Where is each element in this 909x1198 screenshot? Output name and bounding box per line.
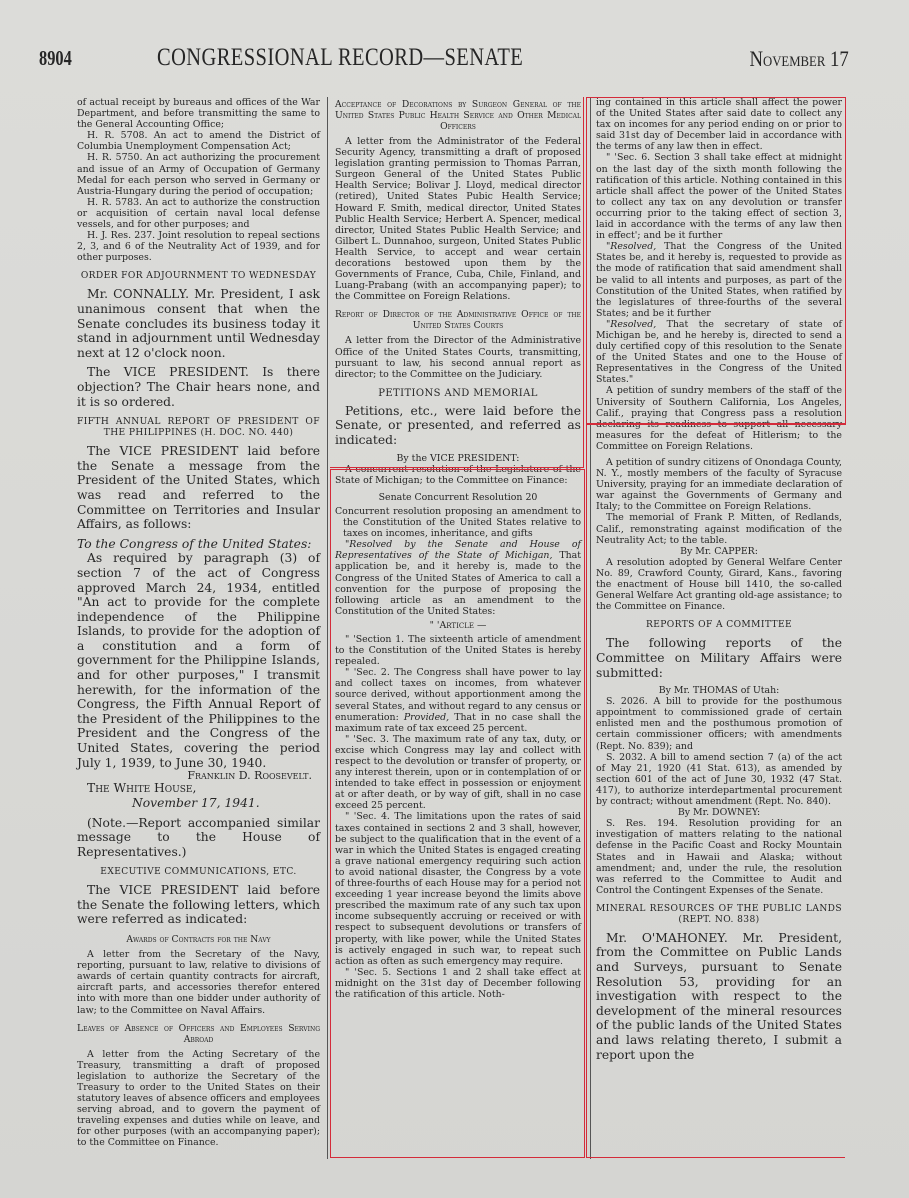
petition: A petition of sundry members of the staf…: [596, 385, 842, 452]
column-divider: [327, 97, 328, 1159]
paragraph: A letter from the Administrator of the F…: [335, 136, 581, 302]
paragraph: A letter from the Secretary of the Navy,…: [77, 949, 320, 1016]
speaker-label: By Mr. THOMAS of Utah:: [596, 685, 842, 696]
bill-item: S. 2032. A bill to amend section 7 (a) o…: [596, 752, 842, 807]
paragraph: A concurrent resolution of the Legislatu…: [335, 464, 581, 486]
section-heading: FIFTH ANNUAL REPORT OF PRESIDENT OF THE …: [77, 417, 320, 439]
paragraph: Petitions, etc., were laid before the Se…: [335, 404, 581, 448]
column-right: ing contained in this article shall affe…: [596, 97, 842, 1062]
paragraph: The VICE PRESIDENT laid before the Senat…: [77, 883, 320, 927]
section-heading: REPORTS OF A COMMITTEE: [596, 620, 842, 631]
signature-date: November 17, 1941.: [77, 796, 320, 811]
memorial: The memorial of Frank P. Mitten, of Redl…: [596, 512, 842, 545]
section-text: ing contained in this article shall affe…: [596, 97, 842, 152]
paragraph: A resolution adopted by General Welfare …: [596, 557, 842, 612]
paragraph: "Resolved, That the secretary of state o…: [596, 319, 842, 386]
section-text: " 'Section 1. The sixteenth article of a…: [335, 634, 581, 667]
column-divider: [590, 97, 591, 1159]
section-heading: MINERAL RESOURCES OF THE PUBLIC LANDS (R…: [596, 904, 842, 926]
bill-item: S. Res. 194. Resolution providing for an…: [596, 818, 842, 896]
paragraph: A letter from the Director of the Admini…: [335, 335, 581, 379]
paragraph: The VICE PRESIDENT. Is there objection? …: [77, 365, 320, 409]
page-header: 8904 CONGRESSIONAL RECORD—SENATE Novembe…: [39, 44, 849, 76]
section-text: " 'Sec. 6. Section 3 shall take effect a…: [596, 152, 842, 241]
resolution-title: Senate Concurrent Resolution 20: [335, 492, 581, 503]
resolved-clause: "Resolved by the Senate and House of Rep…: [335, 539, 581, 561]
column-left: of actual receipt by bureaus and offices…: [77, 97, 320, 1148]
paragraph: The VICE PRESIDENT laid before the Senat…: [77, 444, 320, 532]
section-heading: ORDER FOR ADJOURNMENT TO WEDNESDAY: [77, 271, 320, 282]
article-heading: " 'Article —: [335, 620, 581, 631]
section-text: " 'Sec. 2. The Congress shall have power…: [335, 667, 581, 734]
section-text: " 'Sec. 3. The maximum rate of any tax, …: [335, 734, 581, 812]
bill-item: H. R. 5750. An act authorizing the procu…: [77, 152, 320, 196]
paragraph: "Resolved by the Senate and House of Rep…: [335, 539, 581, 617]
column-middle: Acceptance of Decorations by Surgeon Gen…: [335, 97, 581, 1000]
speaker-label: By Mr. CAPPER:: [596, 546, 842, 557]
publication-title: CONGRESSIONAL RECORD—SENATE: [157, 44, 523, 72]
section-text: " 'Sec. 5. Sections 1 and 2 shall take e…: [335, 967, 581, 1000]
speaker-label: By the VICE PRESIDENT:: [335, 453, 581, 464]
note: (Note.—Report accompanied similar messag…: [77, 816, 320, 860]
page-date: November 17: [750, 46, 849, 72]
place: The White House,: [77, 781, 320, 796]
section-heading: PETITIONS AND MEMORIAL: [335, 388, 581, 399]
salutation: To the Congress of the United States:: [77, 537, 320, 552]
subsection-heading: Leaves of Absence of Officers and Employ…: [77, 1023, 320, 1045]
bill-item: S. 2026. A bill to provide for the posth…: [596, 696, 842, 751]
bill-item: H. R. 5783. An act to authorize the cons…: [77, 197, 320, 230]
subsection-heading: Acceptance of Decorations by Surgeon Gen…: [335, 99, 581, 132]
paragraph: of actual receipt by bureaus and offices…: [77, 97, 320, 130]
paragraph: A letter from the Acting Secretary of th…: [77, 1049, 320, 1149]
signature: Franklin D. Roosevelt.: [77, 770, 320, 781]
bill-item: H. J. Res. 237. Joint resolution to repe…: [77, 230, 320, 263]
subsection-heading: Report of Director of the Administrative…: [335, 309, 581, 331]
paragraph: Mr. O'MAHONEY. Mr. President, from the C…: [596, 931, 842, 1062]
section-text: " 'Sec. 4. The limitations upon the rate…: [335, 811, 581, 966]
paragraph: As required by paragraph (3) of section …: [77, 551, 320, 770]
page-number: 8904: [39, 46, 72, 71]
subsection-heading: Awards of Contracts for the Navy: [77, 934, 320, 945]
bill-item: H. R. 5708. An act to amend the District…: [77, 130, 320, 152]
paragraph: "Resolved, That the Congress of the Unit…: [596, 241, 842, 319]
petition: A petition of sundry citizens of Onondag…: [596, 457, 842, 512]
speaker-label: By Mr. DOWNEY:: [596, 807, 842, 818]
paragraph: Mr. CONNALLY. Mr. President, I ask unani…: [77, 287, 320, 360]
section-heading: EXECUTIVE COMMUNICATIONS, ETC.: [77, 867, 320, 878]
paragraph: The following reports of the Committee o…: [596, 636, 842, 680]
resolution-description: Concurrent resolution proposing an amend…: [335, 506, 581, 539]
